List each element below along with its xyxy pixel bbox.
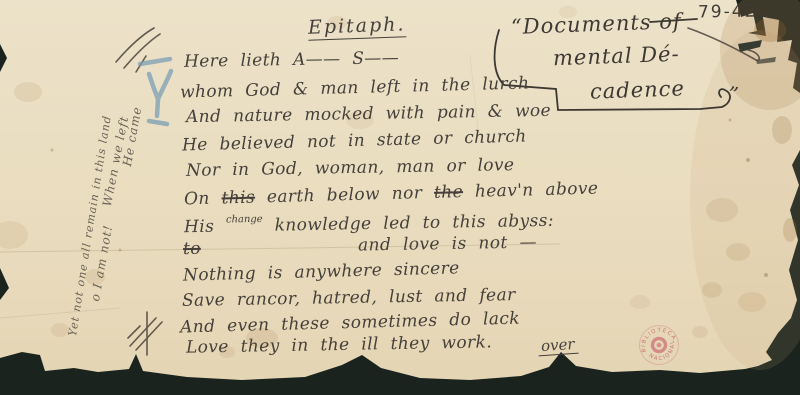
poem-text: On <box>184 188 222 209</box>
struck-word: the <box>434 182 464 203</box>
poem-text: His <box>184 216 226 237</box>
poem-line-1: Here lieth A—— S—— <box>184 48 399 72</box>
struck-word: to <box>183 239 201 259</box>
collection-note-line2: mental Dé- <box>553 42 680 70</box>
poem-line-8a: to <box>183 239 201 259</box>
archive-call-number: 79-42 <box>698 1 758 22</box>
page-title: Epitaph. <box>308 13 406 40</box>
over-label: over <box>537 335 578 357</box>
inserted-word: change <box>226 214 263 226</box>
poem-line-8b: and love is not — <box>358 232 537 255</box>
manuscript-scan: BIBLIOTECA NACIONAL 79-42 Epitaph. “Docu… <box>0 0 800 395</box>
poem-text: and love is not — <box>358 232 537 255</box>
struck-word: this <box>221 188 255 209</box>
collection-note-line3: cadence <box>590 76 686 103</box>
poem-text: Here lieth A—— S—— <box>184 48 399 72</box>
poem-text: heav'n above <box>463 179 599 203</box>
